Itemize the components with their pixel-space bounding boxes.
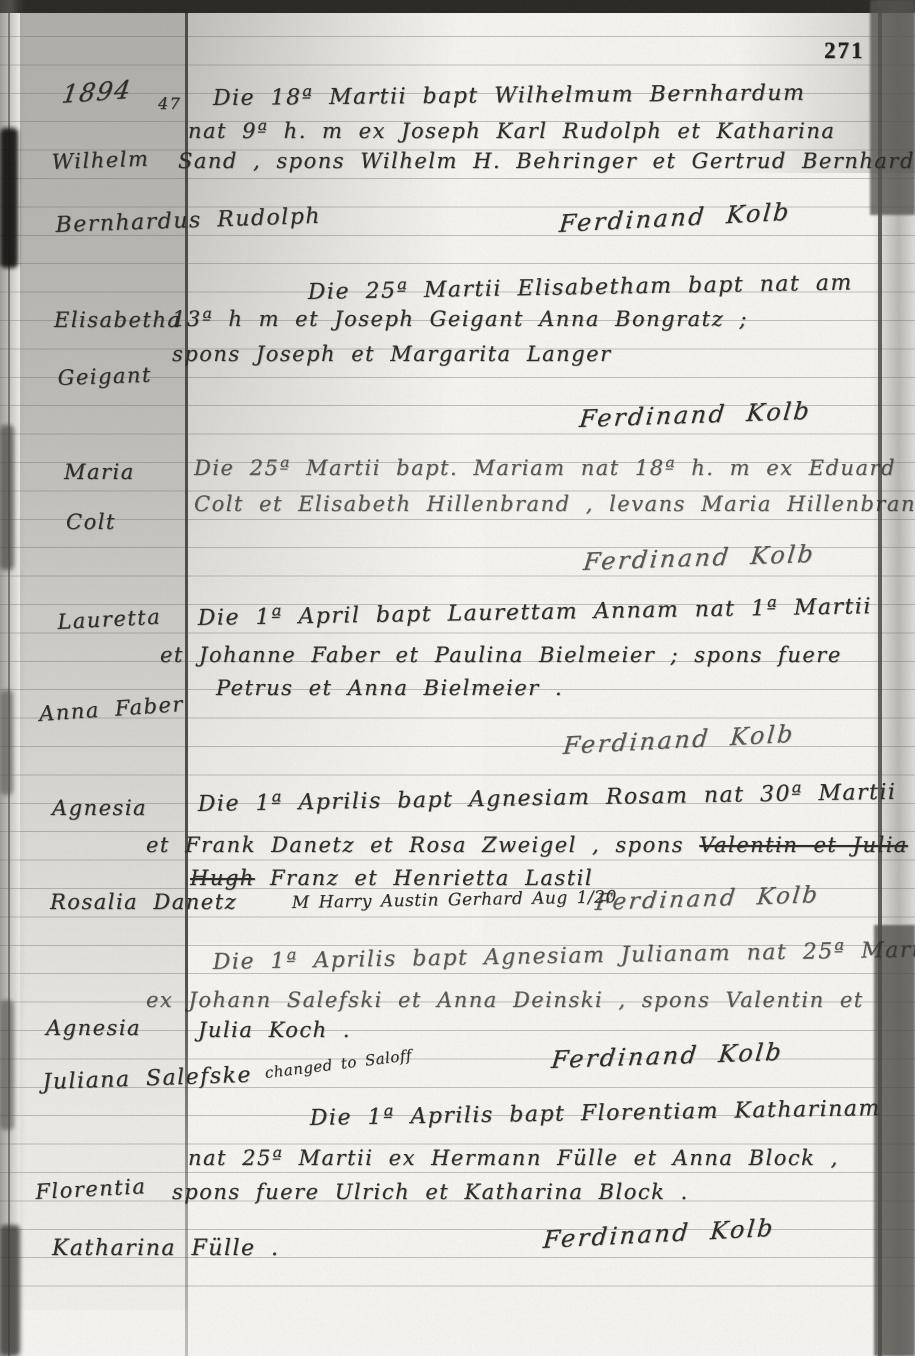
binding-shadow-blob xyxy=(0,690,13,795)
right-edge-rule xyxy=(878,0,882,1356)
entry-4-margin-surname: Anna Faber xyxy=(38,692,184,726)
entry-1-body-line-2: nat 9ª h. m ex Joseph Karl Rudolph et Ka… xyxy=(188,119,835,143)
left-binding-edge xyxy=(0,0,26,1356)
entry-1-number: 47 xyxy=(158,94,181,113)
entry-4-signature: Ferdinand Kolb xyxy=(562,720,796,760)
binding-shadow-blob xyxy=(0,1225,20,1356)
entry-5-crossed-out-word: Hugh xyxy=(190,866,255,890)
entry-3-signature: Ferdinand Kolb xyxy=(582,540,817,576)
entry-2-body-line-3: spons Joseph et Margarita Langer xyxy=(172,342,612,366)
entry-3-body-line-1: Die 25ª Martii bapt. Mariam nat 18ª h. m… xyxy=(194,456,896,480)
left-margin-rule xyxy=(8,13,10,1356)
entry-5-body-line-2: et Frank Danetz et Rosa Zweigel , spons … xyxy=(146,833,908,857)
entry-6-body-line-2: ex Johann Salefski et Anna Deinski , spo… xyxy=(146,988,864,1012)
entry-4-body-line-2: et Johanne Faber et Paulina Bielmeier ; … xyxy=(160,643,842,667)
entry-7-body-line-2: nat 25ª Martii ex Hermann Fülle et Anna … xyxy=(188,1146,839,1170)
entry-5-crossed-out-sponsors: Valentin et Julia xyxy=(699,833,908,857)
entry-6-body-line-3: Julia Koch . xyxy=(198,1018,351,1042)
entry-7-body-line-1: Die 1ª Aprilis bapt Florentiam Katharina… xyxy=(310,1096,881,1131)
entry-7-signature: Ferdinand Kolb xyxy=(542,1214,776,1254)
entry-5-body-line-3-text: Franz et Henrietta Lastil xyxy=(255,866,593,890)
entry-7-margin-name: Florentia xyxy=(35,1174,147,1204)
page-number: 271 xyxy=(824,38,865,64)
entry-7-body-line-3: spons fuere Ulrich et Katharina Block . xyxy=(172,1180,689,1204)
entry-5-body-line-3: Hugh Franz et Henrietta Lastil xyxy=(190,866,593,890)
entry-5-body-line-1: Die 1ª Aprilis bapt Agnesiam Rosam nat 3… xyxy=(198,780,897,817)
entry-2-body-line-2: 13ª h m et Joseph Geigant Anna Bongratz … xyxy=(172,307,748,331)
binding-shadow-blob xyxy=(0,1000,14,1130)
entry-3-margin-name: Maria xyxy=(64,460,135,484)
baptismal-register-page-scan: 271 1894 47 Die 18ª Martii bapt Wilhelmu… xyxy=(0,0,915,1356)
entry-2-margin-name: Elisabetha xyxy=(54,308,181,332)
entry-6-name-change-annotation: changed to Saloff xyxy=(264,1046,413,1082)
entry-1-body-line-3: Sand , spons Wilhelm H. Behringer et Ger… xyxy=(178,149,915,173)
entry-5-body-line-2-text: et Frank Danetz et Rosa Zweigel , spons xyxy=(146,833,699,857)
entry-1-year: 1894 xyxy=(60,75,134,109)
entry-5-marriage-annotation: M Harry Austin Gerhard Aug 1/20 xyxy=(292,887,617,913)
entry-6-margin-surname: Juliana Salefske xyxy=(42,1063,252,1095)
entry-2-signature: Ferdinand Kolb xyxy=(578,397,813,433)
entry-5-signature: Ferdinand Kolb xyxy=(594,882,821,916)
right-edge-top-shadow xyxy=(870,0,915,215)
entry-1-signature: Ferdinand Kolb xyxy=(558,198,792,238)
entry-4-margin-name: Lauretta xyxy=(57,605,162,634)
entry-2-body-line-1: Die 25ª Martii Elisabetham bapt nat am xyxy=(308,270,853,305)
right-edge-bottom-shadow xyxy=(874,925,915,1356)
entry-2-margin-surname: Geigant xyxy=(57,363,152,390)
entry-7-margin-surname: Katharina Fülle . xyxy=(52,1236,280,1261)
entry-5-margin-name: Agnesia xyxy=(52,796,147,820)
entry-3-margin-surname: Colt xyxy=(66,510,116,534)
binding-shadow-blob xyxy=(0,425,14,570)
entry-1-margin-name: Wilhelm xyxy=(51,147,150,174)
entry-1-margin-surname: Bernhardus Rudolph xyxy=(55,204,321,238)
entry-6-margin-name: Agnesia xyxy=(46,1016,141,1040)
entry-5-margin-surname: Rosalia Danetz xyxy=(50,890,237,914)
entry-3-body-line-2: Colt et Elisabeth Hillenbrand , levans M… xyxy=(194,492,915,516)
top-edge-shadow xyxy=(0,0,915,13)
entry-1-body-line-1: Die 18ª Martii bapt Wilhelmum Bernhardum xyxy=(213,81,806,111)
binding-shadow-blob xyxy=(0,128,18,268)
entry-4-body-line-3: Petrus et Anna Bielmeier . xyxy=(216,676,563,700)
right-page-edge xyxy=(872,0,915,1356)
entry-6-signature: Ferdinand Kolb xyxy=(550,1038,785,1074)
entry-6-body-line-1: Die 1ª Aprilis bapt Agnesiam Julianam na… xyxy=(213,937,915,975)
entry-4-body-line-1: Die 1ª April bapt Laurettam Annam nat 1ª… xyxy=(198,594,873,631)
